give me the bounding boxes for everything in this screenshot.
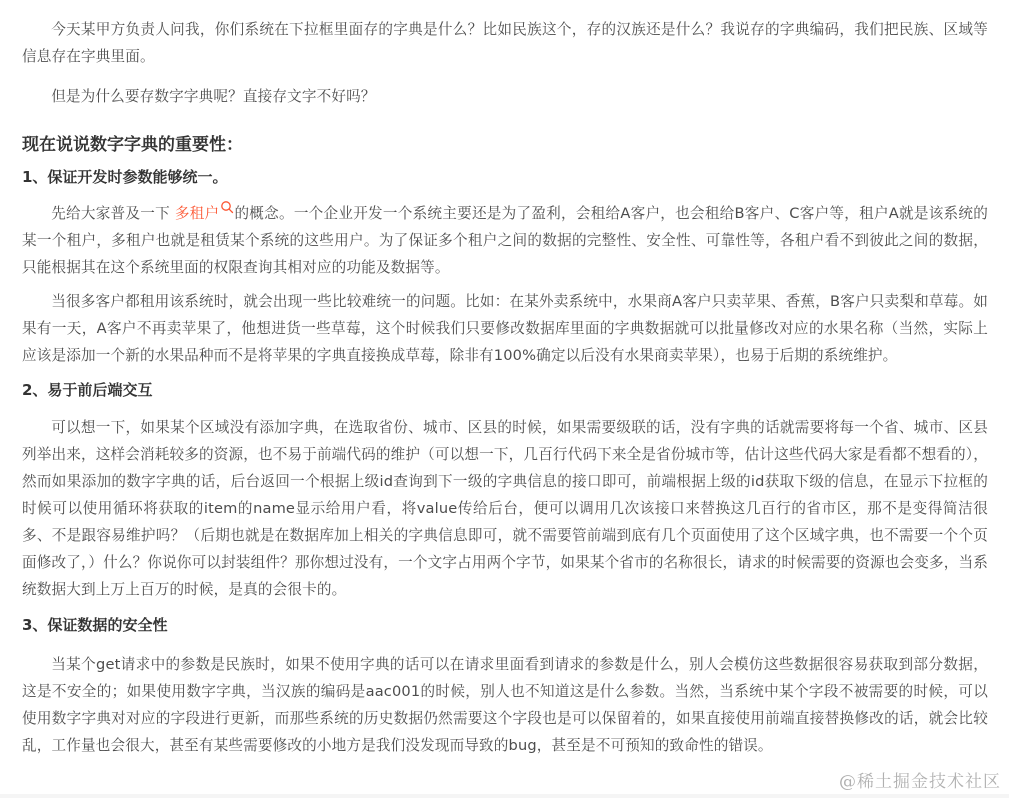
article-body: 今天某甲方负责人问我，你们系统在下拉框里面存的字典是什么？比如民族这个，存的汉族… <box>22 16 988 759</box>
keyword-link-multi-tenant[interactable]: 多租户 <box>175 205 235 222</box>
intro-paragraph-1: 今天某甲方负责人问我，你们系统在下拉框里面存的字典是什么？比如民族这个，存的汉族… <box>22 16 988 70</box>
section-1-paragraph-1: 先给大家普及一下 多租户的概念。一个企业开发一个系统主要还是为了盈利，会租给A客… <box>22 200 988 281</box>
bottom-edge <box>0 794 1009 798</box>
main-heading: 现在说说数字字典的重要性： <box>22 131 988 159</box>
section-3-paragraph-1: 当某个get请求中的参数是民族时，如果不使用字典的话可以在请求里面看到请求的参数… <box>22 651 988 759</box>
section-3-heading: 3、保证数据的安全性 <box>22 611 988 639</box>
section-1-paragraph-1-lead: 先给大家普及一下 <box>51 205 175 222</box>
section-2-heading: 2、易于前后端交互 <box>22 376 988 404</box>
intro-paragraph-2: 但是为什么要存数字字典呢？直接存文字不好吗？ <box>22 83 988 110</box>
watermark: @稀土掘金技术社区 <box>839 767 1001 792</box>
search-icon <box>220 200 234 214</box>
section-2-paragraph-1: 可以想一下，如果某个区域没有添加字典，在选取省份、城市、区县的时候，如果需要级联… <box>22 414 988 603</box>
section-1-heading: 1、保证开发时参数能够统一。 <box>22 163 988 191</box>
keyword-link-label: 多租户 <box>175 205 220 222</box>
section-1-paragraph-2: 当很多客户都租用该系统时，就会出现一些比较难统一的问题。比如：在某外卖系统中，水… <box>22 288 988 369</box>
